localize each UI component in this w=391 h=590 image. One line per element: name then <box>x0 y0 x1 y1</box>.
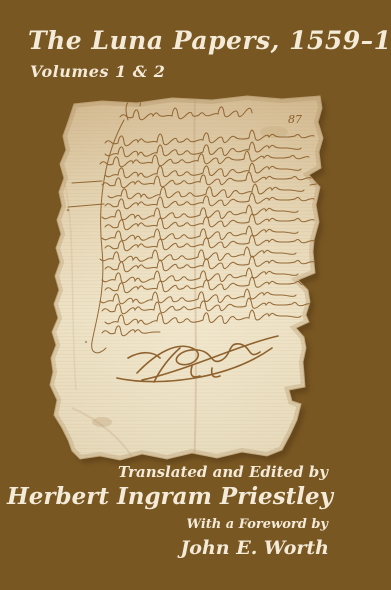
folio-number: 87 <box>288 113 302 126</box>
book-cover: The Luna Papers, 1559–1561 Volumes 1 & 2 <box>0 0 391 590</box>
credits-block: Translated and Edited by Herbert Ingram … <box>7 463 333 559</box>
paper-surface: 87 <box>42 90 334 475</box>
manuscript-image: 87 <box>42 90 334 475</box>
book-subtitle: Volumes 1 & 2 <box>30 62 165 81</box>
foreword-label: With a Foreword by <box>7 517 328 533</box>
translator-name: Herbert Ingram Priestley <box>7 484 333 510</box>
foreword-author-name: John E. Worth <box>7 537 329 559</box>
book-title: The Luna Papers, 1559–1561 <box>28 26 388 55</box>
translated-label: Translated and Edited by <box>7 463 328 481</box>
